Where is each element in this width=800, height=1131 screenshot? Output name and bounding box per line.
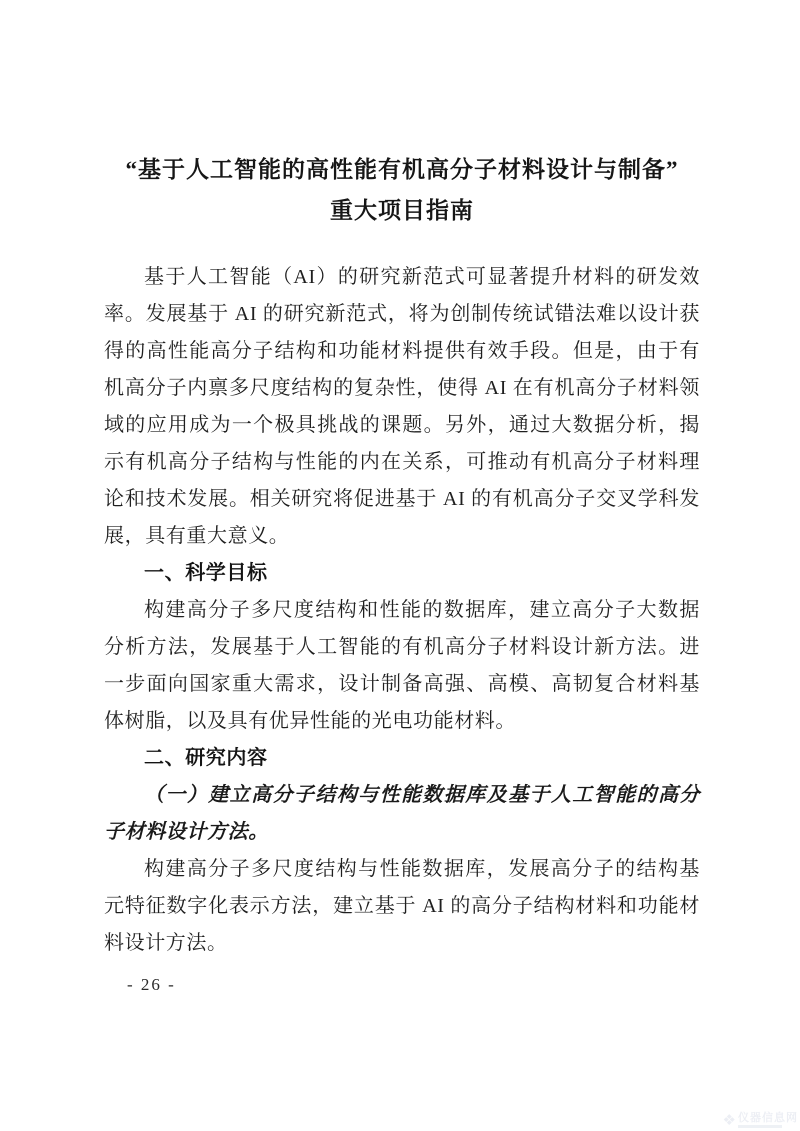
watermark-lines: 仪器信息网	[738, 1112, 798, 1128]
intro-paragraph: 基于人工智能（AI）的研究新范式可显著提升材料的研发效率。发展基于 AI 的研究…	[104, 259, 700, 555]
watermark: ❖ 仪器信息网	[723, 1112, 798, 1128]
page-number: - 26 -	[104, 975, 700, 995]
title-line-2: 重大项目指南	[104, 190, 700, 231]
section-1-heading: 一、科学目标	[104, 555, 700, 592]
section-2-body-paragraph: 构建高分子多尺度结构与性能数据库，发展高分子的结构基元特征数字化表示方法，建立基…	[104, 851, 700, 962]
document-title: “基于人工智能的高性能有机高分子材料设计与制备” 重大项目指南	[104, 0, 700, 231]
watermark-underline-bar	[738, 1125, 782, 1128]
document-page: “基于人工智能的高性能有机高分子材料设计与制备” 重大项目指南 基于人工智能（A…	[0, 0, 800, 1131]
section-1-body-paragraph: 构建高分子多尺度结构和性能的数据库，建立高分子大数据分析方法，发展基于人工智能的…	[104, 592, 700, 740]
document-content: “基于人工智能的高性能有机高分子材料设计与制备” 重大项目指南 基于人工智能（A…	[0, 0, 800, 995]
title-line-1: “基于人工智能的高性能有机高分子材料设计与制备”	[104, 149, 700, 190]
watermark-text: 仪器信息网	[738, 1112, 798, 1124]
section-2-subheading: （一）建立高分子结构与性能数据库及基于人工智能的高分子材料设计方法。	[104, 777, 700, 851]
watermark-logo-icon: ❖	[723, 1113, 736, 1128]
section-2-heading: 二、研究内容	[104, 740, 700, 777]
